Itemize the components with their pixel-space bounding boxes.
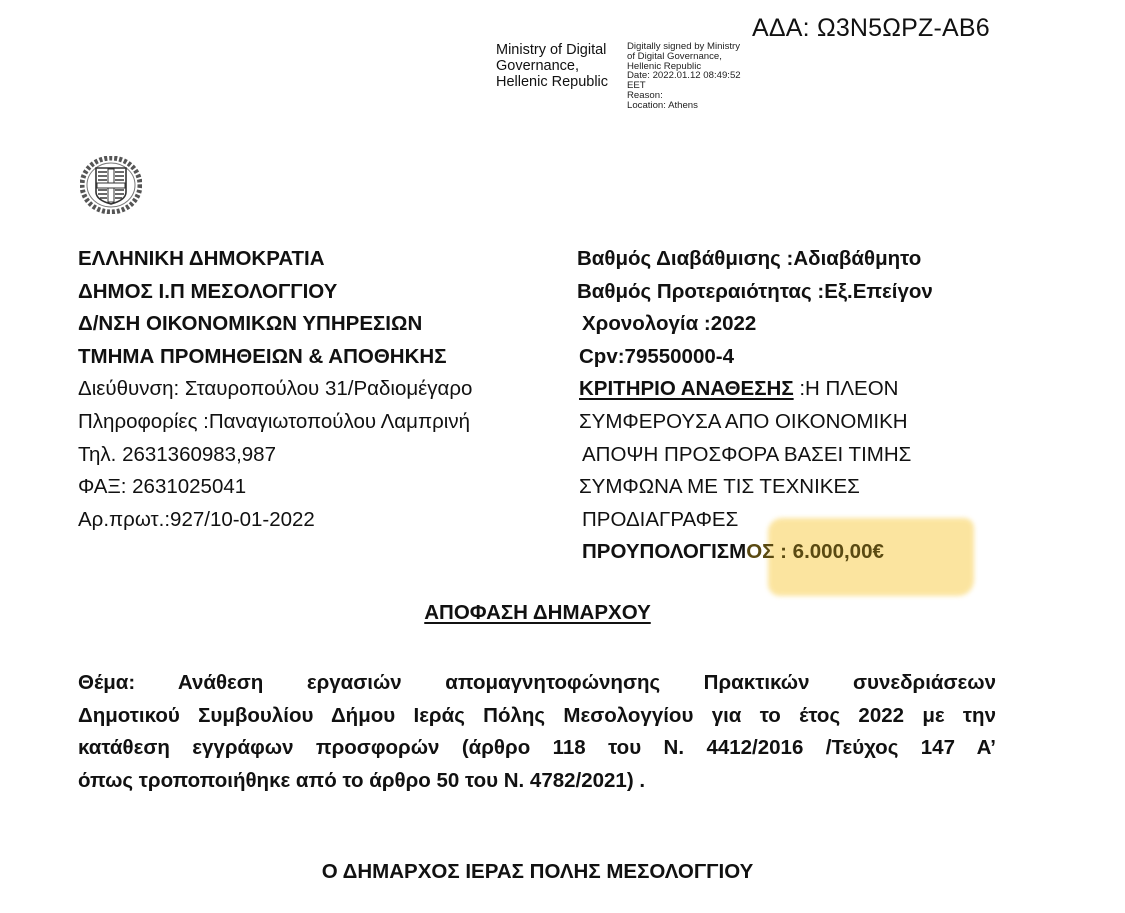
signature-org-line: Governance, [496,58,608,74]
signature-org-line: Ministry of Digital [496,42,608,58]
priority-level: Βαθμός Προτεραιότητας :Εξ.Επείγον [577,276,933,309]
protocol-number: Αρ.πρωτ.:927/10-01-2022 [78,504,472,537]
decision-title-text: ΑΠΟΦΑΣΗ ΔΗΜΑΡΧΟΥ [424,601,651,624]
mayor-heading: Ο ΔΗΜΑΡΧΟΣ ΙΕΡΑΣ ΠΟΛΗΣ ΜΕΣΟΛΟΓΓΙΟΥ [0,860,1075,884]
issuer-department: ΤΜΗΜΑ ΠΡΟΜΗΘΕΙΩΝ & ΑΠΟΘΗΚΗΣ [78,341,472,374]
issuer-municipality: ΔΗΜΟΣ Ι.Π ΜΕΣΟΛΟΓΓΙΟΥ [78,276,472,309]
subject-paragraph: Θέμα: Ανάθεση εργασιών απομαγνητοφώνησης… [78,667,996,797]
issuer-block: ΕΛΛΗΝΙΚΗ ΔΗΜΟΚΡΑΤΙΑ ΔΗΜΟΣ Ι.Π ΜΕΣΟΛΟΓΓΙΟ… [78,243,472,536]
subject-line: Θέμα: Ανάθεση εργασιών απομαγνητοφώνησης… [78,667,996,700]
security-level: Βαθμός Διαβάθμισης :Αδιαβάθμητο [577,243,933,276]
award-criterion: ΚΡΙΤΗΡΙΟ ΑΝΑΘΕΣΗΣ :Η ΠΛΕΟΝ [577,373,933,406]
issuer-address: Διεύθυνση: Σταυροπούλου 31/Ραδιομέγαρο [78,373,472,406]
budget: ΠΡΟΥΠΟΛΟΓΙΣΜΟΣ : 6.000,00€ [577,536,933,569]
signature-org-line: Hellenic Republic [496,74,608,90]
award-criterion-text: :Η ΠΛΕΟΝ [794,377,899,400]
award-criterion-text: ΑΠΟΨΗ ΠΡΟΣΦΟΡΑ ΒΑΣΕΙ ΤΙΜΗΣ [577,439,933,472]
digital-signature-details: Digitally signed by Ministry of Digital … [627,42,741,111]
classification-block: Βαθμός Διαβάθμισης :Αδιαβάθμητο Βαθμός Π… [577,243,933,569]
award-criterion-text: ΣΥΜΦΕΡΟΥΣΑ ΑΠΟ ΟΙΚΟΝΟΜΙΚΗ [577,406,933,439]
subject-line: κατάθεση εγγράφων προσφορών (άρθρο 118 τ… [78,732,996,765]
issuer-fax: ΦΑΞ: 2631025041 [78,471,472,504]
award-criterion-text: ΣΥΜΦΩΝΑ ΜΕ ΤΙΣ ΤΕΧΝΙΚΕΣ [577,471,933,504]
award-criterion-text: ΠΡΟΔΙΑΓΡΑΦΕΣ [577,504,933,537]
coat-of-arms-icon [80,156,142,214]
document-year: Χρονολογία :2022 [577,308,933,341]
subject-line: Δημοτικού Συμβουλίου Δήμου Ιεράς Πόλης Μ… [78,700,996,733]
issuer-contact-person: Πληροφορίες :Παναγιωτοπούλου Λαμπρινή [78,406,472,439]
decision-title: ΑΠΟΦΑΣΗ ΔΗΜΑΡΧΟΥ [0,601,1075,625]
issuer-phone: Τηλ. 2631360983,987 [78,439,472,472]
cpv-code: Cpv:79550000-4 [577,341,933,374]
issuer-country: ΕΛΛΗΝΙΚΗ ΔΗΜΟΚΡΑΤΙΑ [78,243,472,276]
signature-location: Location: Athens [627,101,741,111]
budget-amount-highlighted: ΟΣ : 6.000,00€ [746,540,884,563]
subject-line: όπως τροποποιήθηκε από το άρθρο 50 του Ν… [78,765,996,798]
award-criterion-label: ΚΡΙΤΗΡΙΟ ΑΝΑΘΕΣΗΣ [577,377,794,400]
budget-label: ΠΡΟΥΠΟΛΟΓΙΣΜ [582,540,746,563]
signature-organization: Ministry of Digital Governance, Hellenic… [496,42,608,90]
issuer-directorate: Δ/ΝΣΗ ΟΙΚΟΝΟΜΙΚΩΝ ΥΠΗΡΕΣΙΩΝ [78,308,472,341]
ada-code: ΑΔΑ: Ω3Ν5ΩΡΖ-ΑΒ6 [752,14,990,43]
